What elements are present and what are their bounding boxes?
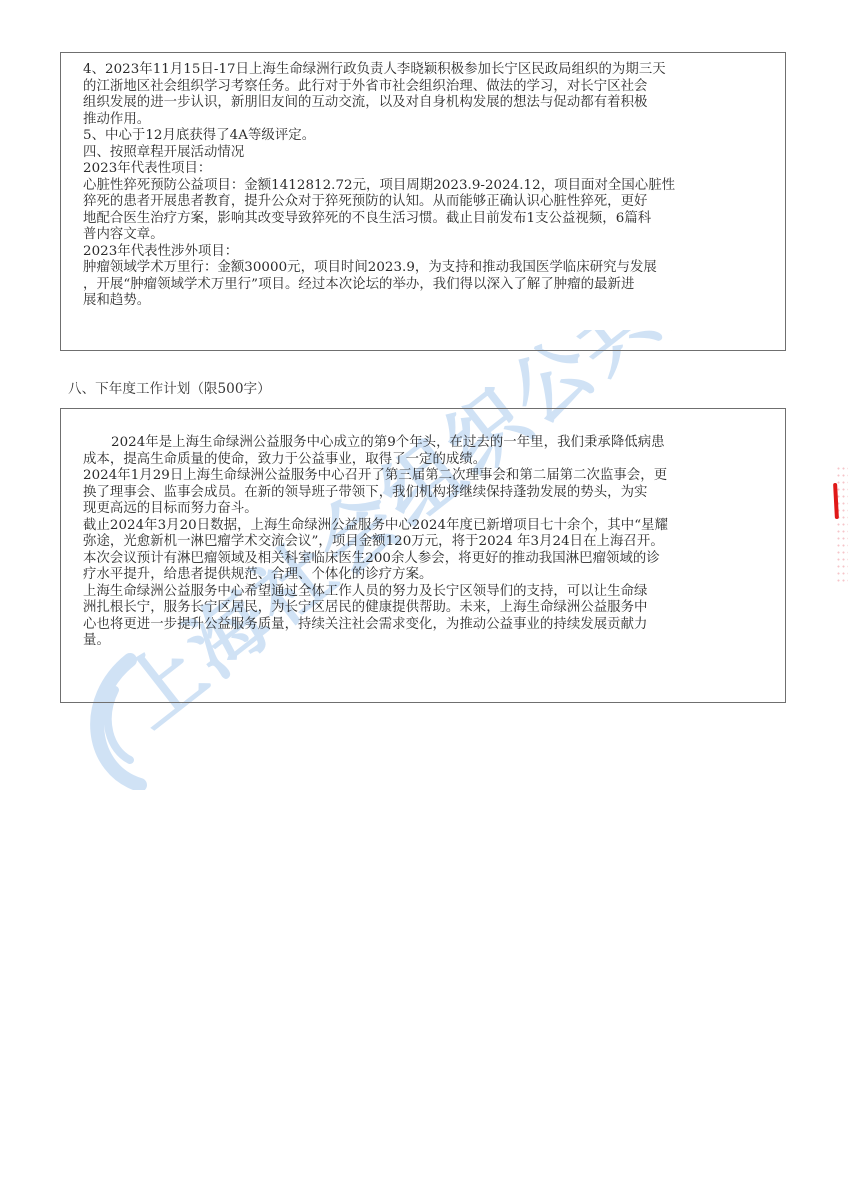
text-line: 弥途，光愈新机一淋巴瘤学术交流会议”，项目金额120万元，将于2024 年3月2… (83, 534, 763, 551)
text-line: 推动作用。 (83, 112, 763, 129)
text-line: 2023年代表性项目： (83, 161, 763, 178)
text-line: 2024年是上海生命绿洲公益服务中心成立的第9个年头，在过去的一年里，我们秉承降… (83, 435, 763, 452)
text-line: 猝死的患者开展患者教育，提升公众对于猝死预防的认知。从而能够正确认识心脏性猝死，… (83, 194, 763, 211)
text-line: 成本，提高生命质量的使命，致力于公益事业，取得了一定的成绩。 (83, 452, 763, 469)
text-line: 洲扎根长宁，服务长宁区居民，为长宁区居民的健康提供帮助。未来，上海生命绿洲公益服… (83, 600, 763, 617)
text-line: 截止2024年3月20日数据，上海生命绿洲公益服务中心2024年度已新增项目七十… (83, 518, 763, 535)
text-line: 上海生命绿洲公益服务中心希望通过全体工作人员的努力及长宁区领导们的支持，可以让生… (83, 584, 763, 601)
text-line: 心也将更进一步提升公益服务质量，持续关注社会需求变化，为推动公益事业的持续发展贡… (83, 617, 763, 634)
text-line: 普内容文章。 (83, 227, 763, 244)
text-line: 展和趋势。 (83, 293, 763, 310)
text-line: 肿瘤领域学术万里行：金额30000元，项目时间2023.9，为支持和推动我国医学… (83, 260, 763, 277)
text-line: 疗水平提升，给患者提供规范、合理、个体化的诊疗方案。 (83, 567, 763, 584)
subheading: 四、按照章程开展活动情况 (83, 145, 763, 162)
text-line: 量。 (83, 633, 763, 650)
text-line: 4、2023年11月15日-17日上海生命绿洲行政负责人李晓颖积极参加长宁区民政… (83, 62, 763, 79)
text-line: 地配合医生治疗方案，影响其改变导致猝死的不良生活习惯。截止目前发布1支公益视频，… (83, 211, 763, 228)
work-plan-box: 2024年是上海生命绿洲公益服务中心成立的第9个年头，在过去的一年里，我们秉承降… (60, 408, 786, 703)
text-line: 换了理事会、监事会成员。在新的领导班子带领下，我们机构将继续保持蓬勃发展的势头，… (83, 485, 763, 502)
section7-content-box: 4、2023年11月15日-17日上海生命绿洲行政负责人李晓颖积极参加长宁区民政… (60, 52, 786, 351)
section-heading: 八、下年度工作计划（限500字） (68, 381, 271, 398)
text-line: 现更高远的目标而努力奋斗。 (83, 501, 763, 518)
text-line: ，开展“肿瘤领域学术万里行”项目。经过本次论坛的举办，我们得以深入了解了肿瘤的最… (83, 277, 763, 294)
text-line: 2023年代表性涉外项目： (83, 244, 763, 261)
text-line: 组织发展的进一步认识，新朋旧友间的互动交流，以及对自身机构发展的想法与促动都有着… (83, 95, 763, 112)
document-page: 上海社会组织公共服务平台 4、2023年11月15日-17日上海生命绿洲行政负责… (0, 0, 848, 1200)
text-line: 本次会议预计有淋巴瘤领域及相关科室临床医生200余人参会，将更好的推动我国淋巴瘤… (83, 551, 763, 568)
text-line: 的江浙地区社会组织学习考察任务。此行对于外省市社会组织治理、做法的学习，对长宁区… (83, 79, 763, 96)
text-line: 心脏性猝死预防公益项目：金额1412812.72元，项目周期2023.9-202… (83, 178, 763, 195)
text-line: 2024年1月29日上海生命绿洲公益服务中心召开了第三届第二次理事会和第二届第二… (83, 468, 763, 485)
text-line: 5、中心于12月底获得了4A等级评定。 (83, 128, 763, 145)
seal-fragment-dots (836, 465, 848, 585)
